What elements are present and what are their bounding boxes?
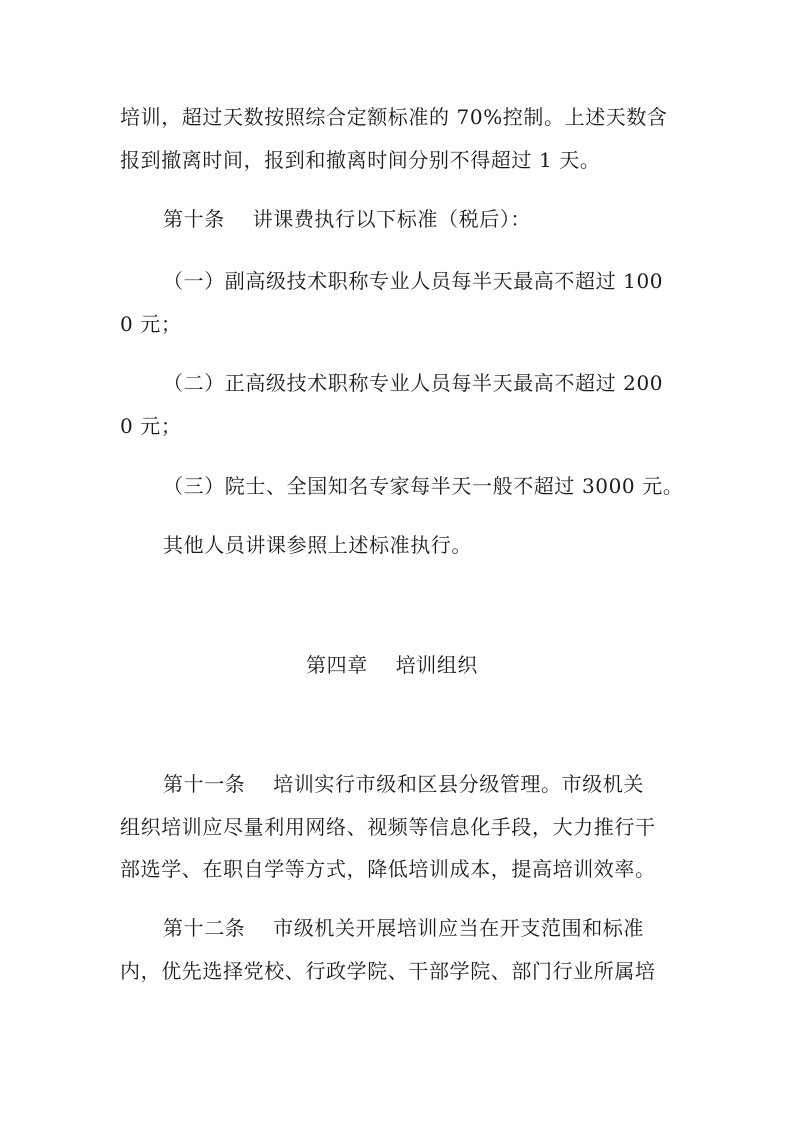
list-item-2-cont: 0 元； xyxy=(120,414,181,438)
article-11-line: 第十一条 培训实行市级和区县分级管理。市级机关 xyxy=(163,772,644,796)
article-11-line: 部选学、在职自学等方式，降低培训成本，提高培训效率。 xyxy=(120,857,656,881)
article-12-line: 内，优先选择党校、行政学院、干部学院、部门行业所属培 xyxy=(120,959,656,983)
article-10-title: 第十条 讲课费执行以下标准（税后）： xyxy=(163,207,531,231)
list-item-1-cont: 0 元； xyxy=(120,312,181,336)
paragraph-line: 培训，超过天数按照综合定额标准的 70%控制。上述天数含 xyxy=(120,105,668,129)
list-item-2: （二）正高级技术职称专业人员每半天最高不超过 200 xyxy=(163,371,663,395)
paragraph-line: 报到撤离时间，报到和撤离时间分别不得超过 1 天。 xyxy=(120,148,600,172)
list-item-1: （一）副高级技术职称专业人员每半天最高不超过 100 xyxy=(163,269,663,293)
document-page: 培训，超过天数按照综合定额标准的 70%控制。上述天数含 报到撤离时间，报到和撤… xyxy=(0,0,793,1123)
article-11-line: 组织培训应尽量利用网络、视频等信息化手段，大力推行干 xyxy=(120,815,656,839)
list-item-3: （三）院士、全国知名专家每半天一般不超过 3000 元。 xyxy=(163,474,683,498)
article-12-line: 第十二条 市级机关开展培训应当在开支范围和标准 xyxy=(163,916,644,940)
other-personnel-note: 其他人员讲课参照上述标准执行。 xyxy=(163,533,472,557)
chapter-heading: 第四章 培训组织 xyxy=(306,653,478,677)
